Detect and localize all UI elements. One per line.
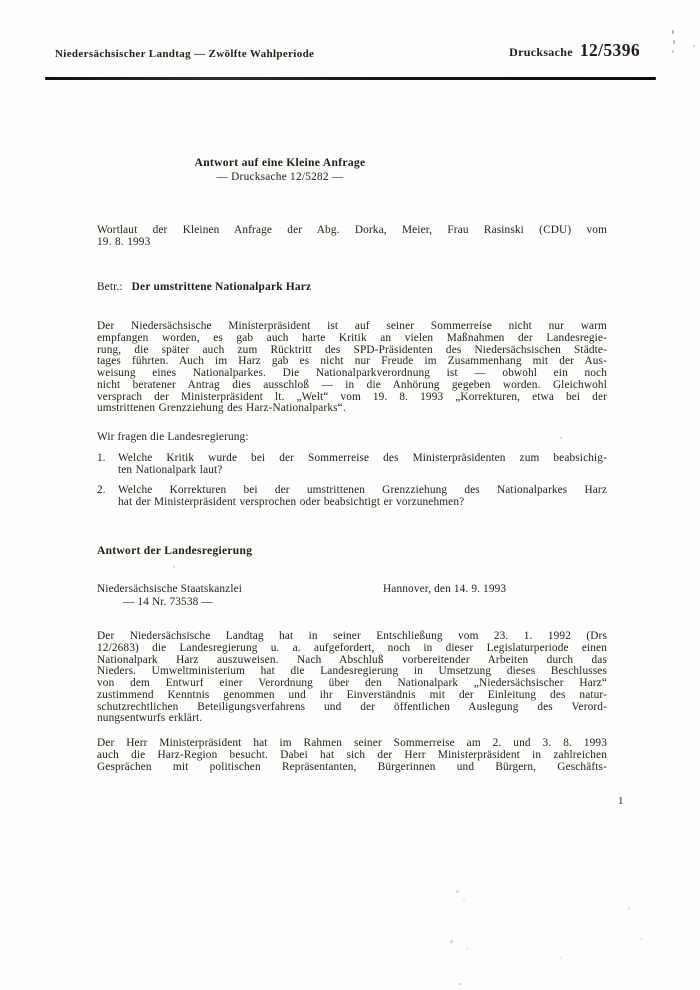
page-number: 1: [618, 795, 624, 807]
scan-artifact: [628, 907, 630, 910]
scan-artifact: [672, 50, 674, 53]
drucksache-number: 12/5396: [580, 40, 640, 61]
request-body-paragraph: Der Niedersächsische Ministerpräsident i…: [97, 321, 607, 415]
header-rule: [45, 77, 656, 80]
scan-artifact: [640, 938, 642, 940]
scan-artifact: [173, 566, 175, 568]
scan-artifact: [450, 940, 453, 943]
agency-name: Niedersächsische Staatskanzlei: [97, 583, 607, 596]
answer-paragraph-1: Der Niedersächsische Landtag hat in sein…: [97, 631, 607, 725]
agency-block: Niedersächsische Staatskanzlei — 14 Nr. …: [97, 583, 607, 610]
answer-paragraph-2: Der Herr Ministerpräsident hat im Rahmen…: [97, 738, 607, 773]
answer-heading: Antwort der Landesregierung: [97, 545, 607, 557]
header-publication-title: Niedersächsischer Landtag — Zwölfte Wahl…: [55, 48, 314, 60]
subject-label: Betr.:: [97, 281, 123, 293]
scan-artifact: [693, 45, 695, 47]
agency-reference: — 14 Nr. 73538 —: [123, 596, 607, 609]
subject-text: Der umstrittene Nationalpark Harz: [132, 281, 312, 293]
scan-artifact: [560, 437, 562, 439]
question-2-number: 2.: [97, 485, 105, 497]
drucksache-label: Drucksache: [509, 45, 573, 60]
request-intro: Wortlaut der Kleinen Anfrage der Abg. Do…: [97, 225, 607, 249]
scan-artifact: [463, 900, 465, 902]
scan-artifact: [560, 957, 562, 959]
question-1-number: 1.: [97, 453, 105, 465]
scan-artifact: [466, 948, 468, 950]
question-2-text: Welche Korrekturen bei der umstrittenen …: [118, 485, 607, 509]
answer-title: Antwort auf eine Kleine Anfrage: [97, 156, 463, 170]
header-drucksache: Drucksache 12/5396: [509, 40, 640, 61]
place-date: Hannover, den 14. 9. 1993: [383, 583, 506, 595]
scan-artifact: [672, 30, 674, 34]
question-item-1: 1. Welche Kritik wurde bei der Sommerrei…: [97, 453, 607, 477]
document-title-block: Antwort auf eine Kleine Anfrage — Drucks…: [97, 156, 463, 184]
question-intro: Wir fragen die Landesregierung:: [97, 431, 607, 443]
question-1-text: Welche Kritik wurde bei der Sommerreise …: [118, 453, 607, 477]
question-item-2: 2. Welche Korrekturen bei der umstritten…: [97, 485, 607, 509]
answer-subtitle: — Drucksache 12/5282 —: [97, 170, 463, 184]
scan-artifact: [458, 983, 461, 985]
document-page: Niedersächsischer Landtag — Zwölfte Wahl…: [0, 0, 700, 990]
scan-artifact: [673, 40, 675, 44]
subject-line: Betr.:Der umstrittene Nationalpark Harz: [97, 281, 607, 293]
scan-artifact: [456, 890, 459, 893]
